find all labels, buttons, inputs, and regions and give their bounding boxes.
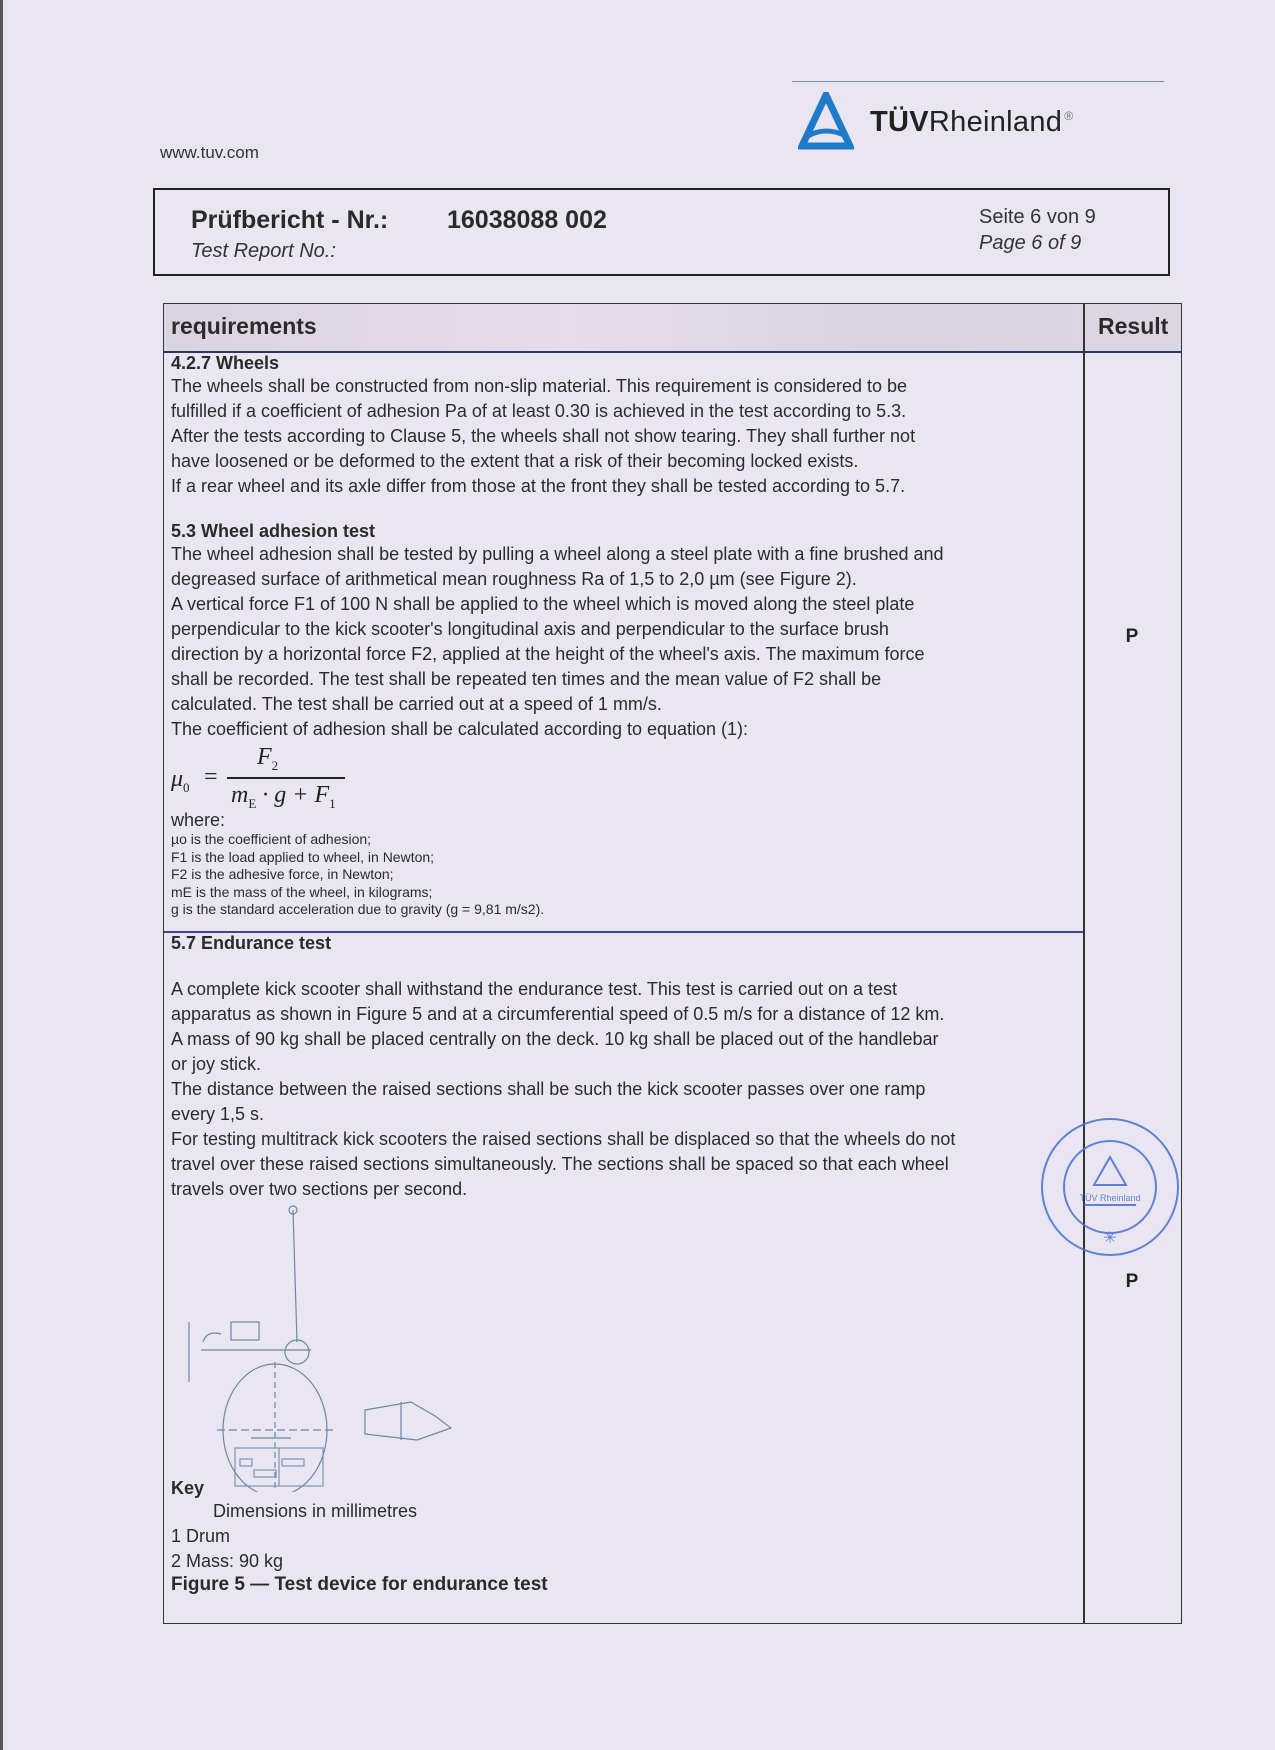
svg-text:✳: ✳	[1103, 1230, 1116, 1247]
key-item: 2 Mass: 90 kg	[171, 1549, 1076, 1574]
result-row-2: P	[1083, 1271, 1181, 1293]
section-5-7-endurance: 5.7 Endurance test A complete kick scoot…	[171, 933, 1076, 1596]
figure-caption: Figure 5 — Test device for endurance tes…	[171, 1574, 1076, 1596]
report-label: Prüfbericht - Nr.:	[191, 206, 388, 235]
requirements-table: requirements Result 4.2.7 Wheels The whe…	[163, 303, 1182, 1624]
section-body: The wheels shall be constructed from non…	[171, 374, 1076, 499]
stamp-center-text: TÜV Rheinland	[1079, 1193, 1140, 1203]
page-number-en: Page 6 of 9	[979, 232, 1081, 255]
section-5-3-wheel-adhesion: 5.3 Wheel adhesion test The wheel adhesi…	[171, 521, 1076, 919]
col-requirements: requirements	[171, 313, 317, 340]
col-result: Result	[1098, 313, 1168, 340]
logo-wordmark: TÜVRheinland®	[870, 106, 1073, 139]
table-header: requirements Result	[164, 304, 1181, 353]
tuv-triangle-icon	[798, 92, 854, 152]
section-body: The wheel adhesion shall be tested by pu…	[171, 542, 1076, 742]
header-rule	[792, 81, 1164, 82]
where-label: where:	[171, 810, 1076, 831]
figure-5-plan-view	[234, 1447, 354, 1489]
section-body: A complete kick scooter shall withstand …	[171, 977, 1076, 1202]
tuv-logo: TÜVRheinland®	[798, 92, 1073, 152]
section-title: 4.2.7 Wheels	[171, 353, 1076, 374]
section-title: 5.7 Endurance test	[171, 933, 1076, 954]
page-number-de: Seite 6 von 9	[979, 206, 1096, 229]
variable-definitions: µo is the coefficient of adhesion; F1 is…	[171, 831, 1076, 919]
key-note: Dimensions in millimetres	[171, 1499, 1076, 1524]
column-divider	[1083, 304, 1085, 1623]
website-url[interactable]: www.tuv.com	[160, 143, 259, 163]
adhesion-formula: μ0 = F2 mE · g + F1	[171, 742, 1076, 810]
figure-5-drawing	[171, 1202, 1076, 1492]
section-title: 5.3 Wheel adhesion test	[171, 521, 1076, 542]
scan-edge	[0, 0, 3, 1750]
report-label-en: Test Report No.:	[191, 240, 336, 263]
key-item: 1 Drum	[171, 1524, 1076, 1549]
report-header-box: Prüfbericht - Nr.: 16038088 002 Test Rep…	[153, 188, 1170, 276]
report-number: 16038088 002	[447, 206, 607, 235]
section-4-2-7-wheels: 4.2.7 Wheels The wheels shall be constru…	[171, 353, 1076, 499]
company-stamp: TÜV Rheinland ✳	[1038, 1115, 1182, 1259]
result-row-1: P	[1083, 626, 1181, 648]
